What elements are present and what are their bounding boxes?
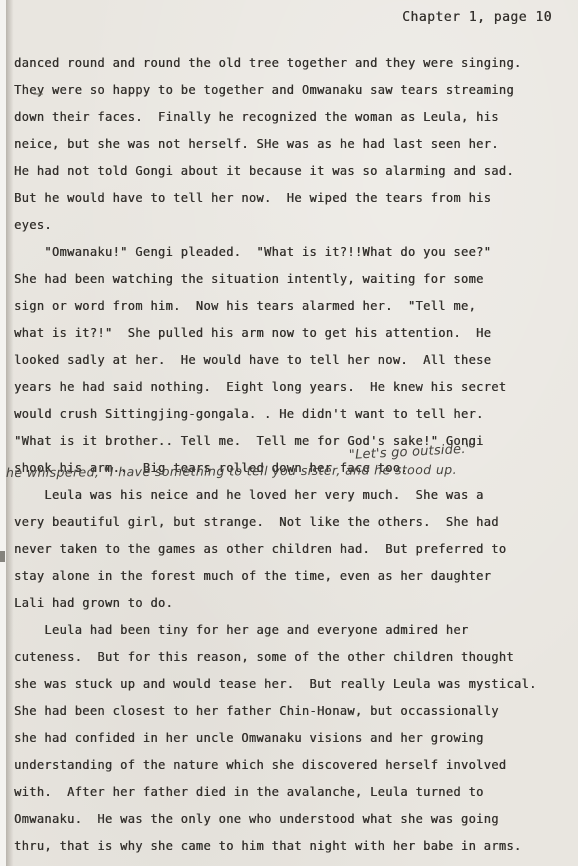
typed-line: Leula had been tiny for her age and ever…: [14, 617, 570, 644]
typed-line: He had not told Gongi about it because i…: [14, 158, 570, 185]
handwritten-note-whispered: he whispered, "I have something to tell …: [6, 462, 457, 480]
typed-line: years he had said nothing. Eight long ye…: [14, 374, 570, 401]
typed-line: Leula was his neice and he loved her ver…: [14, 482, 570, 509]
typed-line: sign or word from him. Now his tears ala…: [14, 293, 570, 320]
page-header: Chapter 1, page 10: [402, 10, 552, 25]
typed-line: eyes.: [14, 212, 570, 239]
typed-line: would crush Sittingjing-gongala. . He di…: [14, 401, 570, 428]
typed-line: neice, but she was not herself. SHe was …: [14, 131, 570, 158]
typed-line: what is it?!" She pulled his arm now to …: [14, 320, 570, 347]
typed-line: understanding of the nature which she di…: [14, 752, 570, 779]
typed-line: danced round and round the old tree toge…: [14, 50, 570, 77]
typed-line: She had been watching the situation inte…: [14, 266, 570, 293]
scan-edge-shadow: [6, 0, 14, 866]
typed-line: she was stuck up and would tease her. Bu…: [14, 671, 570, 698]
typed-line: stay alone in the forest much of the tim…: [14, 563, 570, 590]
typed-text-block: danced round and round the old tree toge…: [14, 50, 570, 860]
typed-line: "Omwanaku!" Gengi pleaded. "What is it?!…: [14, 239, 570, 266]
typed-line: cuteness. But for this reason, some of t…: [14, 644, 570, 671]
typed-line: never taken to the games as other childr…: [14, 536, 570, 563]
typed-line: Lali had grown to do.: [14, 590, 570, 617]
typed-line: "What is it brother.. Tell me. Tell me f…: [14, 428, 570, 455]
typed-line: down their faces. Finally he recognized …: [14, 104, 570, 131]
typed-line: Omwanaku. He was the only one who unders…: [14, 806, 570, 833]
scan-edge-mark: [0, 551, 5, 562]
typed-line: she had confided in her uncle Omwanaku v…: [14, 725, 570, 752]
typed-line: She had been closest to her father Chin-…: [14, 698, 570, 725]
typed-line: thru, that is why she came to him that n…: [14, 833, 570, 860]
manuscript-page: Chapter 1, page 10 danced round and roun…: [0, 0, 578, 866]
typed-line: But he would have to tell her now. He wi…: [14, 185, 570, 212]
typed-line: looked sadly at her. He would have to te…: [14, 347, 570, 374]
typed-line: with. After her father died in the avala…: [14, 779, 570, 806]
ink-smudge: [33, 93, 43, 95]
typed-line: They were so happy to be together and Om…: [14, 77, 570, 104]
typed-line: very beautiful girl, but strange. Not li…: [14, 509, 570, 536]
